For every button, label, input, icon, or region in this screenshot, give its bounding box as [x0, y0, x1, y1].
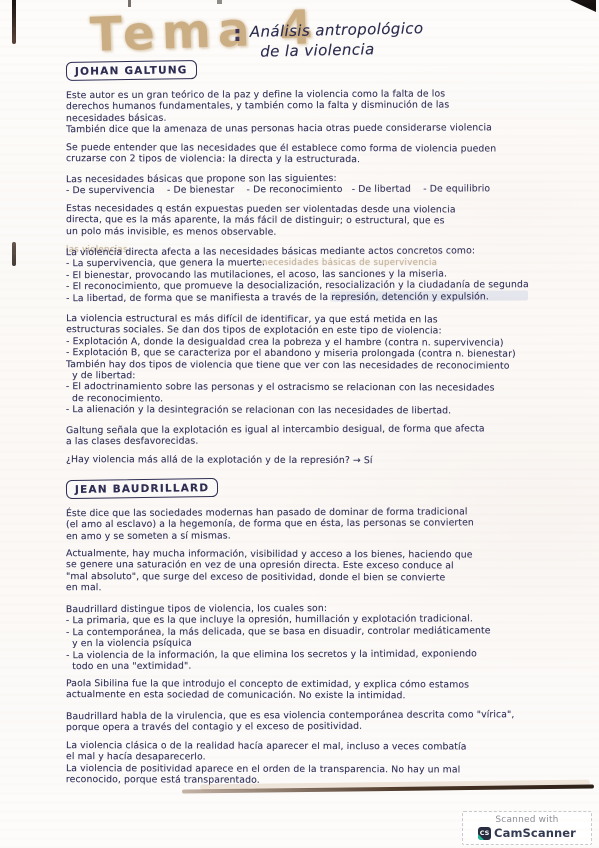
paragraph-galtung-intro: Este autor es un gran teórico de la paz …	[66, 88, 596, 136]
handwritten-line: en mal.	[66, 582, 596, 595]
scanned-notes-page: Tema 4 : Análisis antropológico de la vi…	[0, 0, 599, 848]
handwritten-line: todo en una "extimidad".	[66, 659, 596, 673]
handwritten-line: porque opera a través del contagio y el …	[66, 720, 596, 734]
paragraph-exploitation-unequal-exchange: Galtung señala que la explotación es igu…	[66, 423, 596, 448]
scanned-with-label: Scanned with	[469, 815, 585, 825]
handwritten-line: - La alienación y la desintegración se r…	[66, 404, 596, 417]
paragraph-types-of-violence-baudrillard: Baudrillard distingue tipos de violencia…	[66, 602, 596, 673]
paragraph-direct-violence-acts: La violencia directa afecta a las necesi…	[66, 245, 596, 304]
page-subtitle: Análisis antropológico de la violencia	[250, 18, 425, 62]
handwritten-line: actualmente en esta sociedad de comunica…	[66, 690, 596, 703]
handwritten-line: También dice que la amenaza de unas pers…	[66, 122, 596, 136]
paragraph-structural-violence: La violencia estructural es más difícil …	[66, 313, 596, 418]
paragraph-basic-needs-list: Las necesidades básicas que propone son …	[66, 172, 596, 197]
section-heading-johan-galtung: JOHAN GALTUNG	[66, 60, 197, 80]
handwritten-line: cruzarse con 2 tipos de violencia: la di…	[66, 153, 596, 166]
handwritten-line: "mal absoluto", que surge del exceso de …	[66, 571, 596, 584]
handwritten-line: - El adoctrinamiento sobre las personas …	[66, 381, 596, 394]
scan-edge-artifact-top-left	[12, 0, 16, 44]
handwritten-line: en amo y se someten a sí mismas.	[66, 529, 596, 543]
notes-text-column: JOHAN GALTUNG Este autor es un gran teór…	[66, 58, 596, 794]
camscanner-brand-row: CS CamScanner	[469, 826, 585, 840]
camscanner-brand-name: CamScanner	[494, 826, 576, 840]
scan-corner-artifact-top-right	[570, 0, 596, 12]
paragraph-baudrillard-intro: Éste dice que las sociedades modernas ha…	[66, 506, 596, 543]
handwritten-line: - La libertad, de forma que se manifiest…	[66, 291, 596, 305]
camscanner-badge: Scanned with CS CamScanner	[462, 811, 592, 845]
title-colon: :	[233, 22, 242, 47]
paragraph-two-types-of-violence: Se puede entender que las necesidades qu…	[66, 142, 596, 167]
handwritten-line: un polo más invisible, es menos observab…	[66, 226, 596, 239]
handwritten-line: estructuras sociales. Se dan dos tipos d…	[66, 324, 596, 337]
handwritten-line: También hay dos tipos de violencia que t…	[66, 358, 596, 371]
paragraph-question-beyond-exploitation: ¿Hay violencia más allá de la explotació…	[66, 454, 596, 467]
paragraph-direct-vs-structural: Estas necesidades q están expuestas pued…	[66, 203, 596, 239]
handwritten-line: a las clases desfavorecidas.	[66, 434, 596, 448]
camscanner-logo-icon: CS	[478, 827, 491, 840]
handwritten-line: - Explotación B, que se caracteriza por …	[66, 347, 596, 360]
handwritten-line: - De supervivencia - De bienestar - De r…	[66, 184, 596, 198]
paragraph-extimidad-sibilina: Paola Sibilina fue la que introdujo el c…	[66, 678, 596, 703]
handwritten-line: ¿Hay violencia más allá de la explotació…	[66, 454, 596, 467]
scan-edge-artifact-left	[12, 242, 16, 266]
camscanner-logo-text: CS	[480, 829, 490, 837]
section-heading-jean-baudrillard: JEAN BAUDRILLARD	[66, 478, 218, 499]
subtitle-line-1: Análisis antropológico	[250, 18, 424, 42]
paragraph-saturation-absolute-evil: Actualmente, hay mucha información, visi…	[66, 548, 596, 595]
paragraph-virulencia: Baudrillard habla de la virulencia, que …	[66, 709, 596, 734]
